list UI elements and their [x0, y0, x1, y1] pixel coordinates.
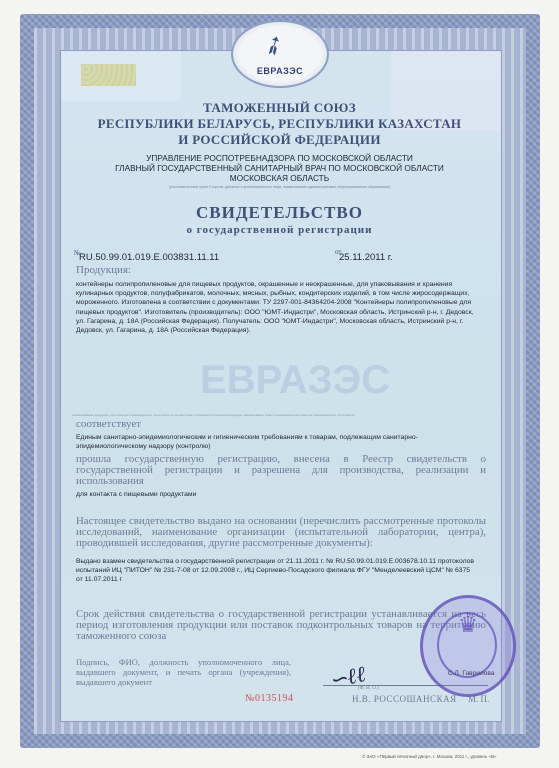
basis-statement: Настоящее свидетельство выдано на основа…: [76, 516, 486, 549]
stamp-signer: С.Л. Гаврилова: [448, 670, 494, 677]
registration-number: RU.50.99.01.019.Е.003831.11.11: [79, 252, 219, 263]
usage-scope: для контакта с пищевыми продуктами: [76, 490, 476, 499]
document-title: СВИДЕТЕЛЬСТВО: [0, 203, 559, 223]
union-line: РЕСПУБЛИКИ БЕЛАРУСЬ, РЕСПУБЛИКИ КАЗАХСТА…: [0, 116, 559, 132]
printer-imprint: © ЗАО «Первый печатный двор», г. Москва,…: [362, 754, 497, 759]
bird-logo-icon: ➶: [257, 27, 291, 65]
customs-union-title: ТАМОЖЕННЫЙ СОЮЗ РЕСПУБЛИКИ БЕЛАРУСЬ, РЕС…: [0, 100, 559, 148]
product-label: Продукция:: [76, 264, 131, 276]
conformity-requirements: Единым санитарно-эпидемиологическим и ги…: [76, 433, 476, 451]
signature-caption: Подпись, ФИО, должность уполномоченного …: [76, 657, 291, 687]
issuing-agency: УПРАВЛЕНИЕ РОСПОТРЕБНАДЗОРА ПО МОСКОВСКО…: [0, 153, 559, 183]
agency-caption: (уполномоченный орган Стороны, должность…: [0, 185, 559, 189]
evrazes-watermark: ЕВРАЗЭС: [200, 330, 380, 410]
emblem-text: ЕВРАЗЭС: [233, 66, 327, 76]
hologram-sticker: [81, 64, 136, 86]
registration-statement: прошла государственную регистрацию, внес…: [76, 454, 486, 487]
union-line: И РОССИЙСКОЙ ФЕДЕРАЦИИ: [0, 132, 559, 148]
official-name: Н.В. РОССОШАНСКАЯ: [352, 694, 457, 704]
agency-line: УПРАВЛЕНИЕ РОСПОТРЕБНАДЗОРА ПО МОСКОВСКО…: [0, 153, 559, 163]
agency-line: МОСКОВСКАЯ ОБЛАСТЬ: [0, 173, 559, 183]
official-stamp: ♛: [420, 595, 516, 697]
conformity-label: соответствует: [76, 418, 141, 430]
document-subtitle: о государственной регистрации: [0, 224, 559, 236]
product-caption: (наименование продукции, изготовитель (п…: [72, 413, 492, 417]
product-description: контейнеры полипропиленовые для пищевых …: [76, 280, 476, 335]
basis-details: Выдано взамен свидетельства о государств…: [76, 557, 476, 585]
blank-serial-number: №0135194: [245, 693, 294, 704]
double-headed-eagle-icon: ♛: [423, 612, 513, 638]
fio-caption: (Ф. И. О.): [358, 686, 379, 691]
union-line: ТАМОЖЕННЫЙ СОЮЗ: [0, 100, 559, 116]
evrazes-emblem: ➶ ЕВРАЗЭС: [231, 20, 329, 88]
registration-date: 25.11.2011 г.: [339, 252, 393, 263]
agency-line: ГЛАВНЫЙ ГОСУДАРСТВЕННЫЙ САНИТАРНЫЙ ВРАЧ …: [0, 163, 559, 173]
